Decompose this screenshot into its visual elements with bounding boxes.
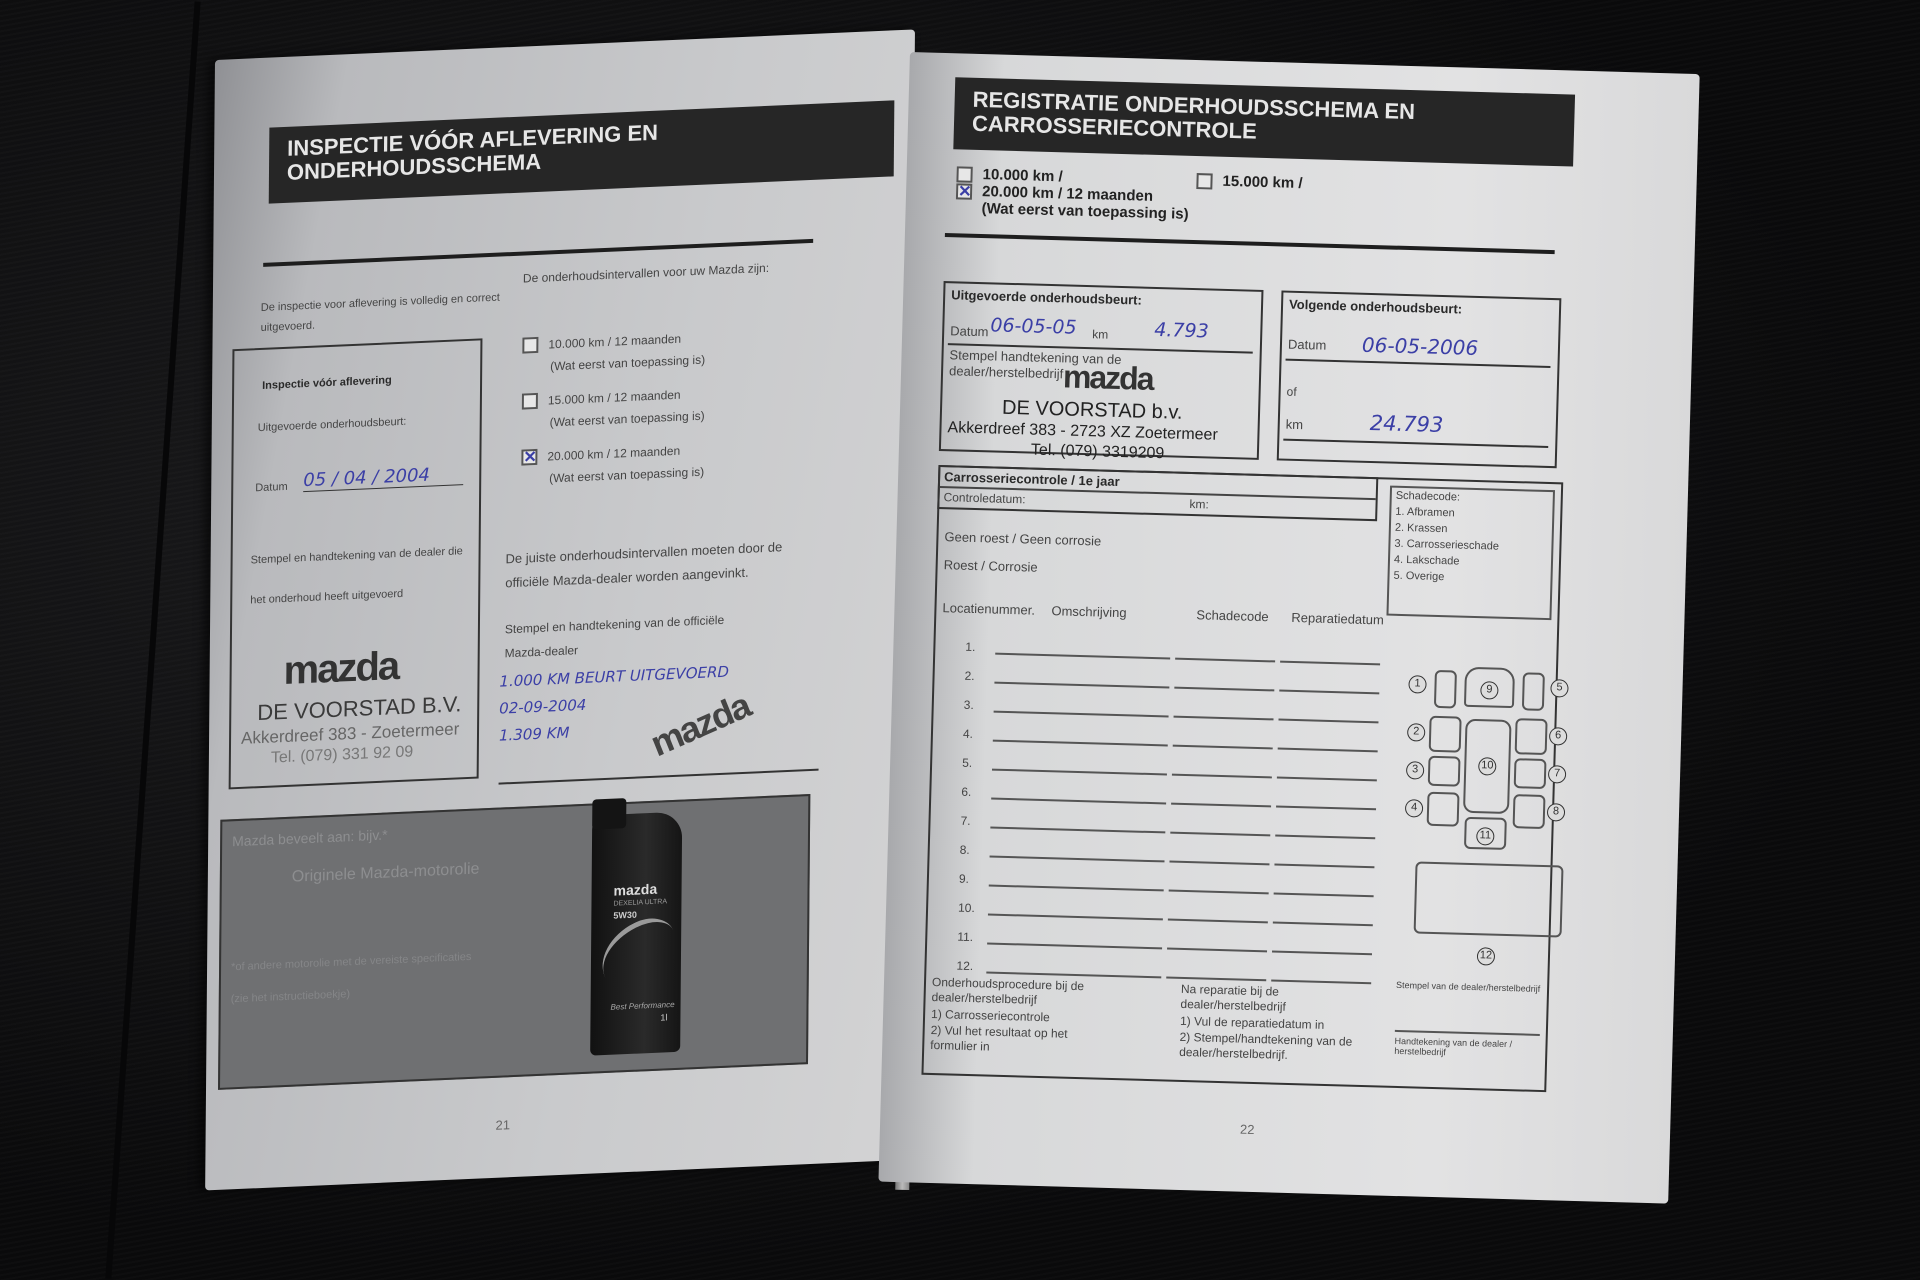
interval-option-10000[interactable]: 10.000 km / 12 maanden (Wat eerst van to… (522, 329, 705, 375)
control-date-label: Controledatum: (943, 490, 1025, 506)
performed-date-value: 06-05-05 (990, 314, 1077, 338)
row-input-line[interactable] (1271, 979, 1371, 984)
col-description: Omschrijving (1051, 603, 1127, 620)
row-number: 7. (960, 814, 970, 828)
mazda-stamp-logo: mazda (1062, 358, 1153, 397)
row-number: 12. (956, 959, 973, 973)
row-number: 2. (964, 669, 974, 683)
inspection-box-subtitle: Uitgevoerde onderhoudsbeurt: (258, 416, 407, 434)
row-input-line[interactable] (1166, 977, 1266, 982)
zone-8[interactable] (1513, 794, 1546, 829)
zone-2[interactable] (1429, 716, 1462, 753)
label-12: 12 (1477, 947, 1495, 965)
next-or-label: of (1286, 385, 1296, 399)
performed-title: Uitgevoerde onderhoudsbeurt: (951, 287, 1142, 307)
procedure-step-1: 1) Carrosseriecontrole (931, 1007, 1050, 1024)
control-km-label: km: (1189, 497, 1209, 512)
motor-oil-ad: Mazda beveelt aan: bijv.* Originele Mazd… (218, 794, 810, 1090)
zone-7[interactable] (1514, 758, 1547, 789)
row-number: 9. (959, 872, 969, 886)
left-page-header: INSPECTIE VÓÓR AFLEVERING EN ONDERHOUDSS… (269, 100, 895, 203)
row-input-line[interactable] (994, 711, 1169, 718)
row-input-line[interactable] (989, 885, 1164, 892)
row-input-line[interactable] (995, 653, 1170, 660)
row-input-line[interactable] (1168, 919, 1268, 924)
checkbox-10000[interactable] (956, 166, 972, 182)
checkbox-20000-checked[interactable] (956, 183, 972, 199)
stamp-phone: Tel. (079) 3319209 (1031, 442, 1165, 464)
schedule-options: 10.000 km / 20.000 km / 12 maanden (Wat … (955, 165, 1189, 223)
performed-km-label: km (1092, 327, 1108, 341)
row-input-line[interactable] (1174, 716, 1274, 721)
left-page: INSPECTIE VÓÓR AFLEVERING EN ONDERHOUDSS… (205, 29, 915, 1190)
interval-option-15000[interactable]: 15.000 km / 12 maanden (Wat eerst van to… (522, 385, 705, 431)
car-damage-diagram: 1 9 5 2 10 6 3 7 4 11 8 12 (1397, 665, 1555, 969)
col-damage-code: Schadecode (1196, 607, 1269, 624)
row-input-line[interactable] (1276, 806, 1376, 811)
bottle-product: DEXELIA ULTRA (613, 898, 667, 907)
row-number: 5. (962, 756, 972, 770)
mazda-stamp-logo: mazda (283, 644, 398, 694)
bottle-brand: mazda (614, 881, 658, 899)
performed-service-box: Uitgevoerde onderhoudsbeurt: Datum 06-05… (939, 281, 1264, 460)
bottle-grade: 5W30 (613, 910, 637, 921)
handwritten-line-3: 1.309 KM (499, 724, 570, 745)
row-input-line[interactable] (1171, 803, 1271, 808)
ad-footnote-1: *of andere motorolie met de vereiste spe… (231, 951, 471, 974)
label-5: 5 (1550, 679, 1568, 697)
bottle-tagline: Best Performance (611, 1000, 675, 1012)
performed-km-value: 4.793 (1154, 319, 1209, 343)
inspection-box-title: Inspectie vóór aflevering (262, 374, 392, 392)
row-number: 11. (957, 930, 973, 944)
interval-list: 10.000 km / 12 maanden (Wat eerst van to… (521, 329, 705, 487)
label-2: 2 (1407, 723, 1425, 741)
intervals-notice: De juiste onderhoudsintervallen moeten d… (505, 533, 825, 595)
next-km-value: 24.793 (1369, 411, 1443, 437)
next-title: Volgende onderhoudsbeurt: (1289, 297, 1462, 317)
official-stamp-label: Stempel en handtekening van de officiële… (505, 606, 755, 665)
page-number-21: 21 (496, 1117, 511, 1133)
row-input-line[interactable] (992, 769, 1167, 776)
row-input-line[interactable] (988, 914, 1163, 921)
row-input-line[interactable] (1175, 658, 1275, 663)
row-input-line[interactable] (1278, 719, 1378, 724)
no-rust-option[interactable]: Geen roest / Geen corrosie (944, 529, 1101, 548)
inspection-date-value: 05 / 04 / 2004 (303, 463, 463, 492)
oil-bottle-image: mazda DEXELIA ULTRA 5W30 Best Performanc… (590, 812, 682, 1056)
dealer-signature-label: Handtekening van de dealer / herstelbedr… (1394, 1036, 1540, 1060)
row-input-line[interactable] (1167, 948, 1267, 953)
label-6: 6 (1549, 727, 1567, 745)
row-input-line[interactable] (1274, 892, 1374, 897)
intervals-intro: De onderhoudsintervallen voor uw Mazda z… (523, 253, 823, 290)
checkbox-15000[interactable] (522, 393, 538, 410)
row-input-line[interactable] (1174, 687, 1274, 692)
mazda-stamp-tilted: mazda (645, 685, 755, 766)
damage-code-4: 4. Lakschade (1394, 554, 1460, 568)
row-number: 8. (960, 843, 970, 857)
damage-code-1: 1. Afbramen (1395, 506, 1455, 520)
dealer-stamp-label: Stempel van de dealer/herstelbedrijf (1396, 980, 1540, 994)
row-input-line[interactable] (1274, 863, 1374, 868)
row-number: 4. (963, 727, 973, 741)
procedure-title: Onderhoudsprocedure bij de dealer/herste… (931, 975, 1132, 1011)
performed-date-label: Datum (950, 323, 989, 339)
dealer-signature-line (1395, 1030, 1540, 1036)
handwritten-line-2: 02-09-2004 (499, 696, 586, 718)
row-input-line[interactable] (1278, 748, 1378, 753)
checkbox-20000-checked[interactable] (521, 449, 537, 466)
zone-6[interactable] (1515, 718, 1548, 755)
damage-code-legend: Schadecode: 1. Afbramen 2. Krassen 3. Ca… (1386, 486, 1555, 621)
row-input-line[interactable] (1173, 745, 1273, 750)
zone-12-underbody[interactable] (1414, 861, 1564, 937)
checkbox-15000[interactable] (1196, 173, 1212, 189)
body-check-header: Carrosseriecontrole / 1e jaar Controleda… (937, 465, 1378, 521)
col-repair-date: Reparatiedatum (1291, 610, 1384, 628)
row-input-line[interactable] (1272, 950, 1372, 955)
label-4: 4 (1405, 799, 1423, 817)
procedure-step-2: 2) Vul het resultaat op het formulier in (930, 1023, 1111, 1058)
zone-5[interactable] (1522, 672, 1545, 711)
bottle-swoosh (590, 908, 688, 998)
row-input-line[interactable] (1277, 777, 1377, 782)
row-input-line[interactable] (1169, 890, 1269, 895)
col-location: Locatienummer. (942, 600, 1035, 618)
inspection-box: Inspectie vóór aflevering Uitgevoerde on… (229, 338, 483, 789)
label-3: 3 (1406, 761, 1424, 779)
damage-code-2: 2. Krassen (1395, 522, 1448, 535)
divider (945, 233, 1555, 254)
stamp-phone: Tel. (079) 331 92 09 (271, 743, 413, 767)
damage-code-3: 3. Carrosserieschade (1394, 538, 1499, 553)
row-number: 3. (964, 698, 974, 712)
zone-1[interactable] (1434, 670, 1457, 709)
body-check-form: Carrosseriecontrole / 1e jaar Controleda… (921, 465, 1563, 1092)
handwritten-line-1: 1.000 KM BEURT UITGEVOERD (499, 663, 729, 691)
damage-codes-title: Schadecode: (1396, 490, 1461, 504)
zone-4[interactable] (1427, 792, 1460, 827)
checkbox-10000[interactable] (522, 337, 538, 354)
right-page: REGISTRATIE ONDERHOUDSSCHEMA EN CARROSSE… (878, 52, 1699, 1204)
row-input-line[interactable] (1170, 832, 1270, 837)
row-input-line[interactable] (1273, 921, 1373, 926)
label-7: 7 (1548, 765, 1566, 783)
page-number-22: 22 (1240, 1122, 1255, 1137)
next-date-label: Datum (1288, 337, 1327, 353)
next-date-line (1286, 359, 1551, 368)
repair-step-2: 2) Stempel/handtekening van de dealer/he… (1179, 1030, 1380, 1066)
ad-line-2: Originele Mazda-motorolie (292, 860, 480, 886)
option-15000[interactable]: 15.000 km / (1196, 172, 1302, 192)
row-number: 6. (961, 785, 971, 799)
damage-code-5: 5. Overige (1393, 570, 1444, 583)
row-input-line[interactable] (1279, 690, 1379, 695)
signature-line (499, 769, 819, 785)
repair-title: Na reparatie bij de dealer/herstelbedrij… (1180, 982, 1321, 1016)
row-input-line[interactable] (991, 798, 1166, 805)
inspection-intro: De inspectie voor aflevering is volledig… (261, 288, 501, 338)
repair-step-1: 1) Vul de reparatiedatum in (1180, 1014, 1325, 1032)
row-input-line[interactable] (993, 740, 1168, 747)
row-input-line[interactable] (1275, 835, 1375, 840)
rust-option[interactable]: Roest / Corrosie (943, 557, 1037, 575)
row-input-line[interactable] (1280, 661, 1380, 666)
next-date-value: 06-05-2006 (1362, 333, 1479, 360)
right-page-header: REGISTRATIE ONDERHOUDSSCHEMA EN CARROSSE… (953, 77, 1575, 166)
next-km-line (1283, 439, 1548, 448)
row-input-line[interactable] (1172, 774, 1272, 779)
date-label: Datum (255, 481, 288, 494)
row-number: 10. (958, 901, 975, 915)
interval-option-20000[interactable]: 20.000 km / 12 maanden (Wat eerst van to… (521, 441, 704, 487)
ad-line-1: Mazda beveelt aan: bijv.* (232, 826, 388, 849)
row-input-line[interactable] (994, 682, 1169, 689)
bottle-cap (592, 798, 626, 829)
stamp-label: Stempel en handtekening van de dealer di… (250, 531, 471, 621)
row-input-line[interactable] (1169, 861, 1269, 866)
row-number: 1. (965, 640, 975, 654)
bottle-volume: 1l (660, 1012, 667, 1022)
row-input-line[interactable] (987, 943, 1162, 950)
ad-footnote-2: (zie het instructieboekje) (231, 988, 350, 1005)
zone-3[interactable] (1428, 756, 1461, 787)
row-input-line[interactable] (990, 856, 1165, 863)
label-1: 1 (1408, 675, 1426, 693)
next-service-box: Volgende onderhoudsbeurt: Datum 06-05-20… (1277, 290, 1562, 468)
label-8: 8 (1547, 803, 1565, 821)
next-km-label: km (1286, 417, 1304, 432)
row-input-line[interactable] (990, 827, 1165, 834)
